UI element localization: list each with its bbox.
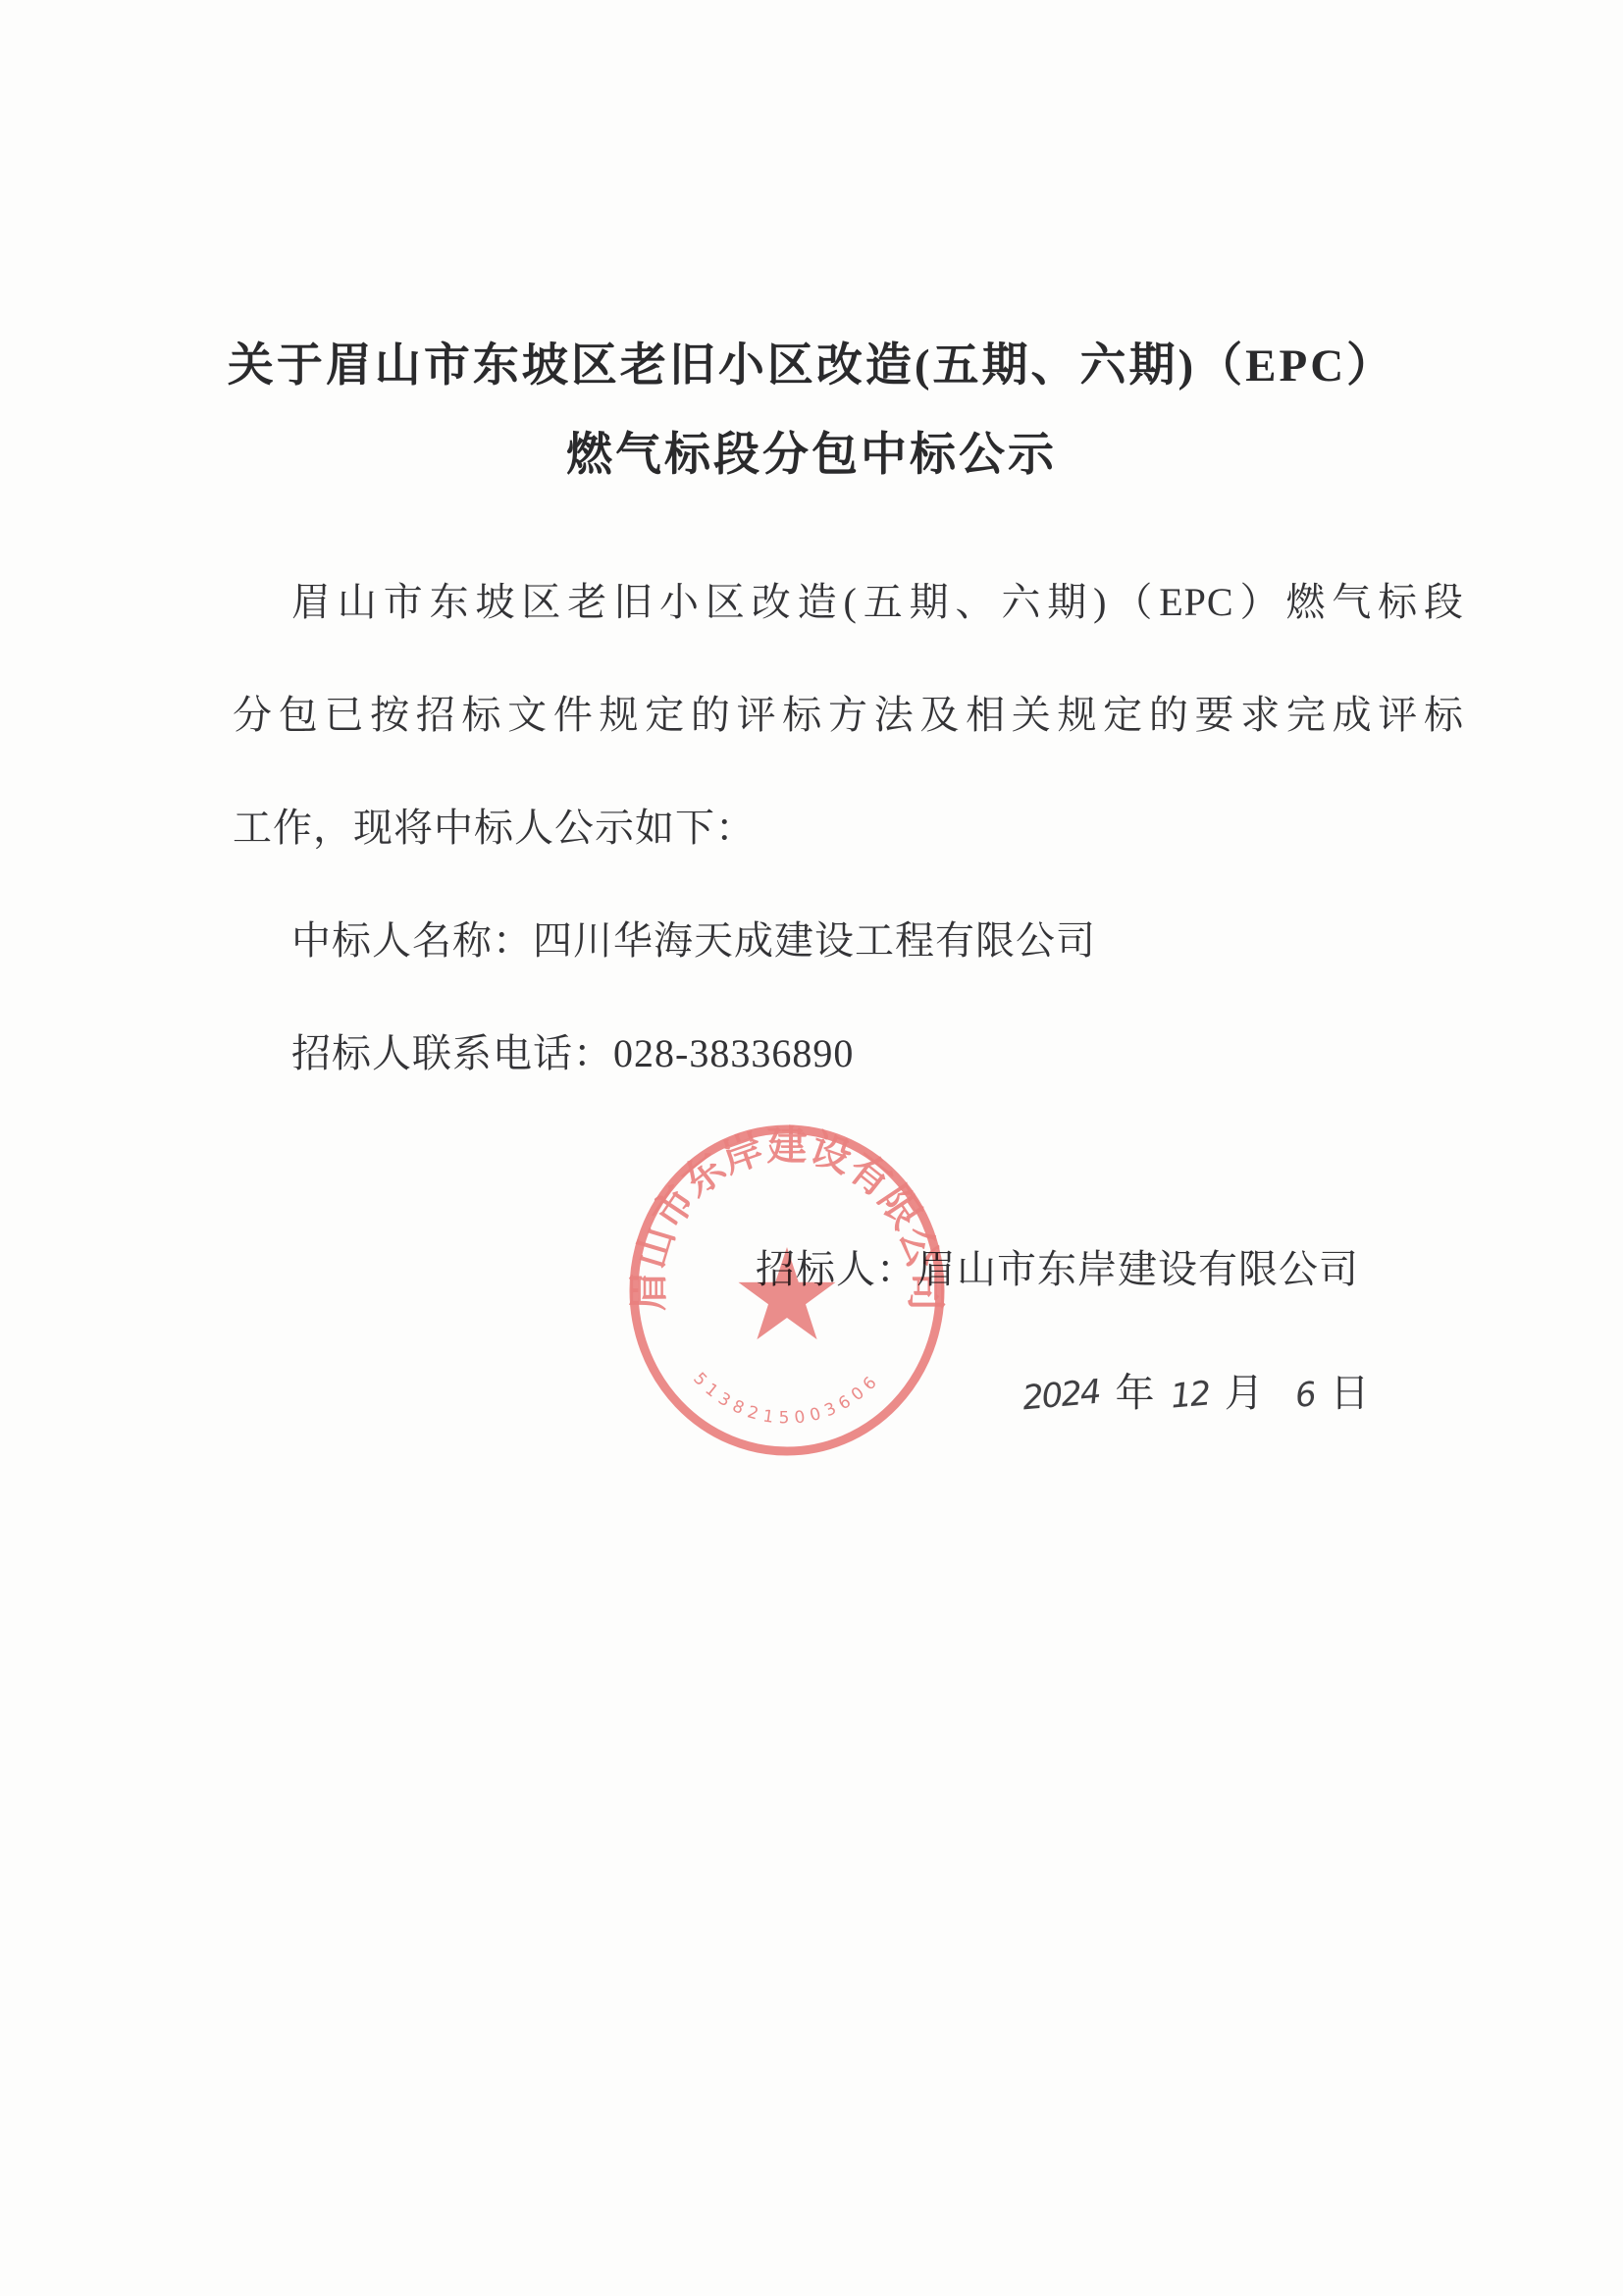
winner-name-line: 中标人名称：四川华海天成建设工程有限公司 bbox=[233, 884, 1464, 997]
title-line-2: 燃气标段分包中标公示 bbox=[0, 411, 1623, 500]
title-line-1: 关于眉山市东坡区老旧小区改造(五期、六期)（EPC） bbox=[0, 322, 1623, 411]
paragraph-line-2: 分包已按招标文件规定的评标方法及相关规定的要求完成评标 bbox=[233, 658, 1464, 771]
tenderer-phone-line: 招标人联系电话：028-38336890 bbox=[233, 997, 1464, 1110]
date-year-handwritten: 2024 bbox=[1021, 1373, 1101, 1419]
document-body: 眉山市东坡区老旧小区改造(五期、六期)（EPC）燃气标段 分包已按招标文件规定的… bbox=[233, 546, 1464, 1110]
paragraph-line-3: 工作，现将中标人公示如下： bbox=[233, 771, 1464, 884]
tenderer-signature-line: 招标人：眉山市东岸建设有限公司 bbox=[756, 1238, 1359, 1294]
date-day-handwritten: 6 bbox=[1293, 1375, 1316, 1416]
signature-date-line: 2024 年 12 月 6 日 bbox=[1013, 1362, 1375, 1418]
date-year-label: 年 bbox=[1116, 1362, 1155, 1418]
date-month-label: 月 bbox=[1225, 1362, 1264, 1418]
document-title: 关于眉山市东坡区老旧小区改造(五期、六期)（EPC） 燃气标段分包中标公示 bbox=[0, 322, 1623, 500]
date-month-handwritten: 12 bbox=[1169, 1374, 1211, 1416]
paragraph-line-1: 眉山市东坡区老旧小区改造(五期、六期)（EPC）燃气标段 bbox=[233, 546, 1464, 658]
date-day-label: 日 bbox=[1330, 1362, 1369, 1418]
seal-serial-number-curve: 5138215003606 bbox=[689, 1369, 884, 1428]
document-page: 关于眉山市东坡区老旧小区改造(五期、六期)（EPC） 燃气标段分包中标公示 眉山… bbox=[0, 0, 1623, 2296]
